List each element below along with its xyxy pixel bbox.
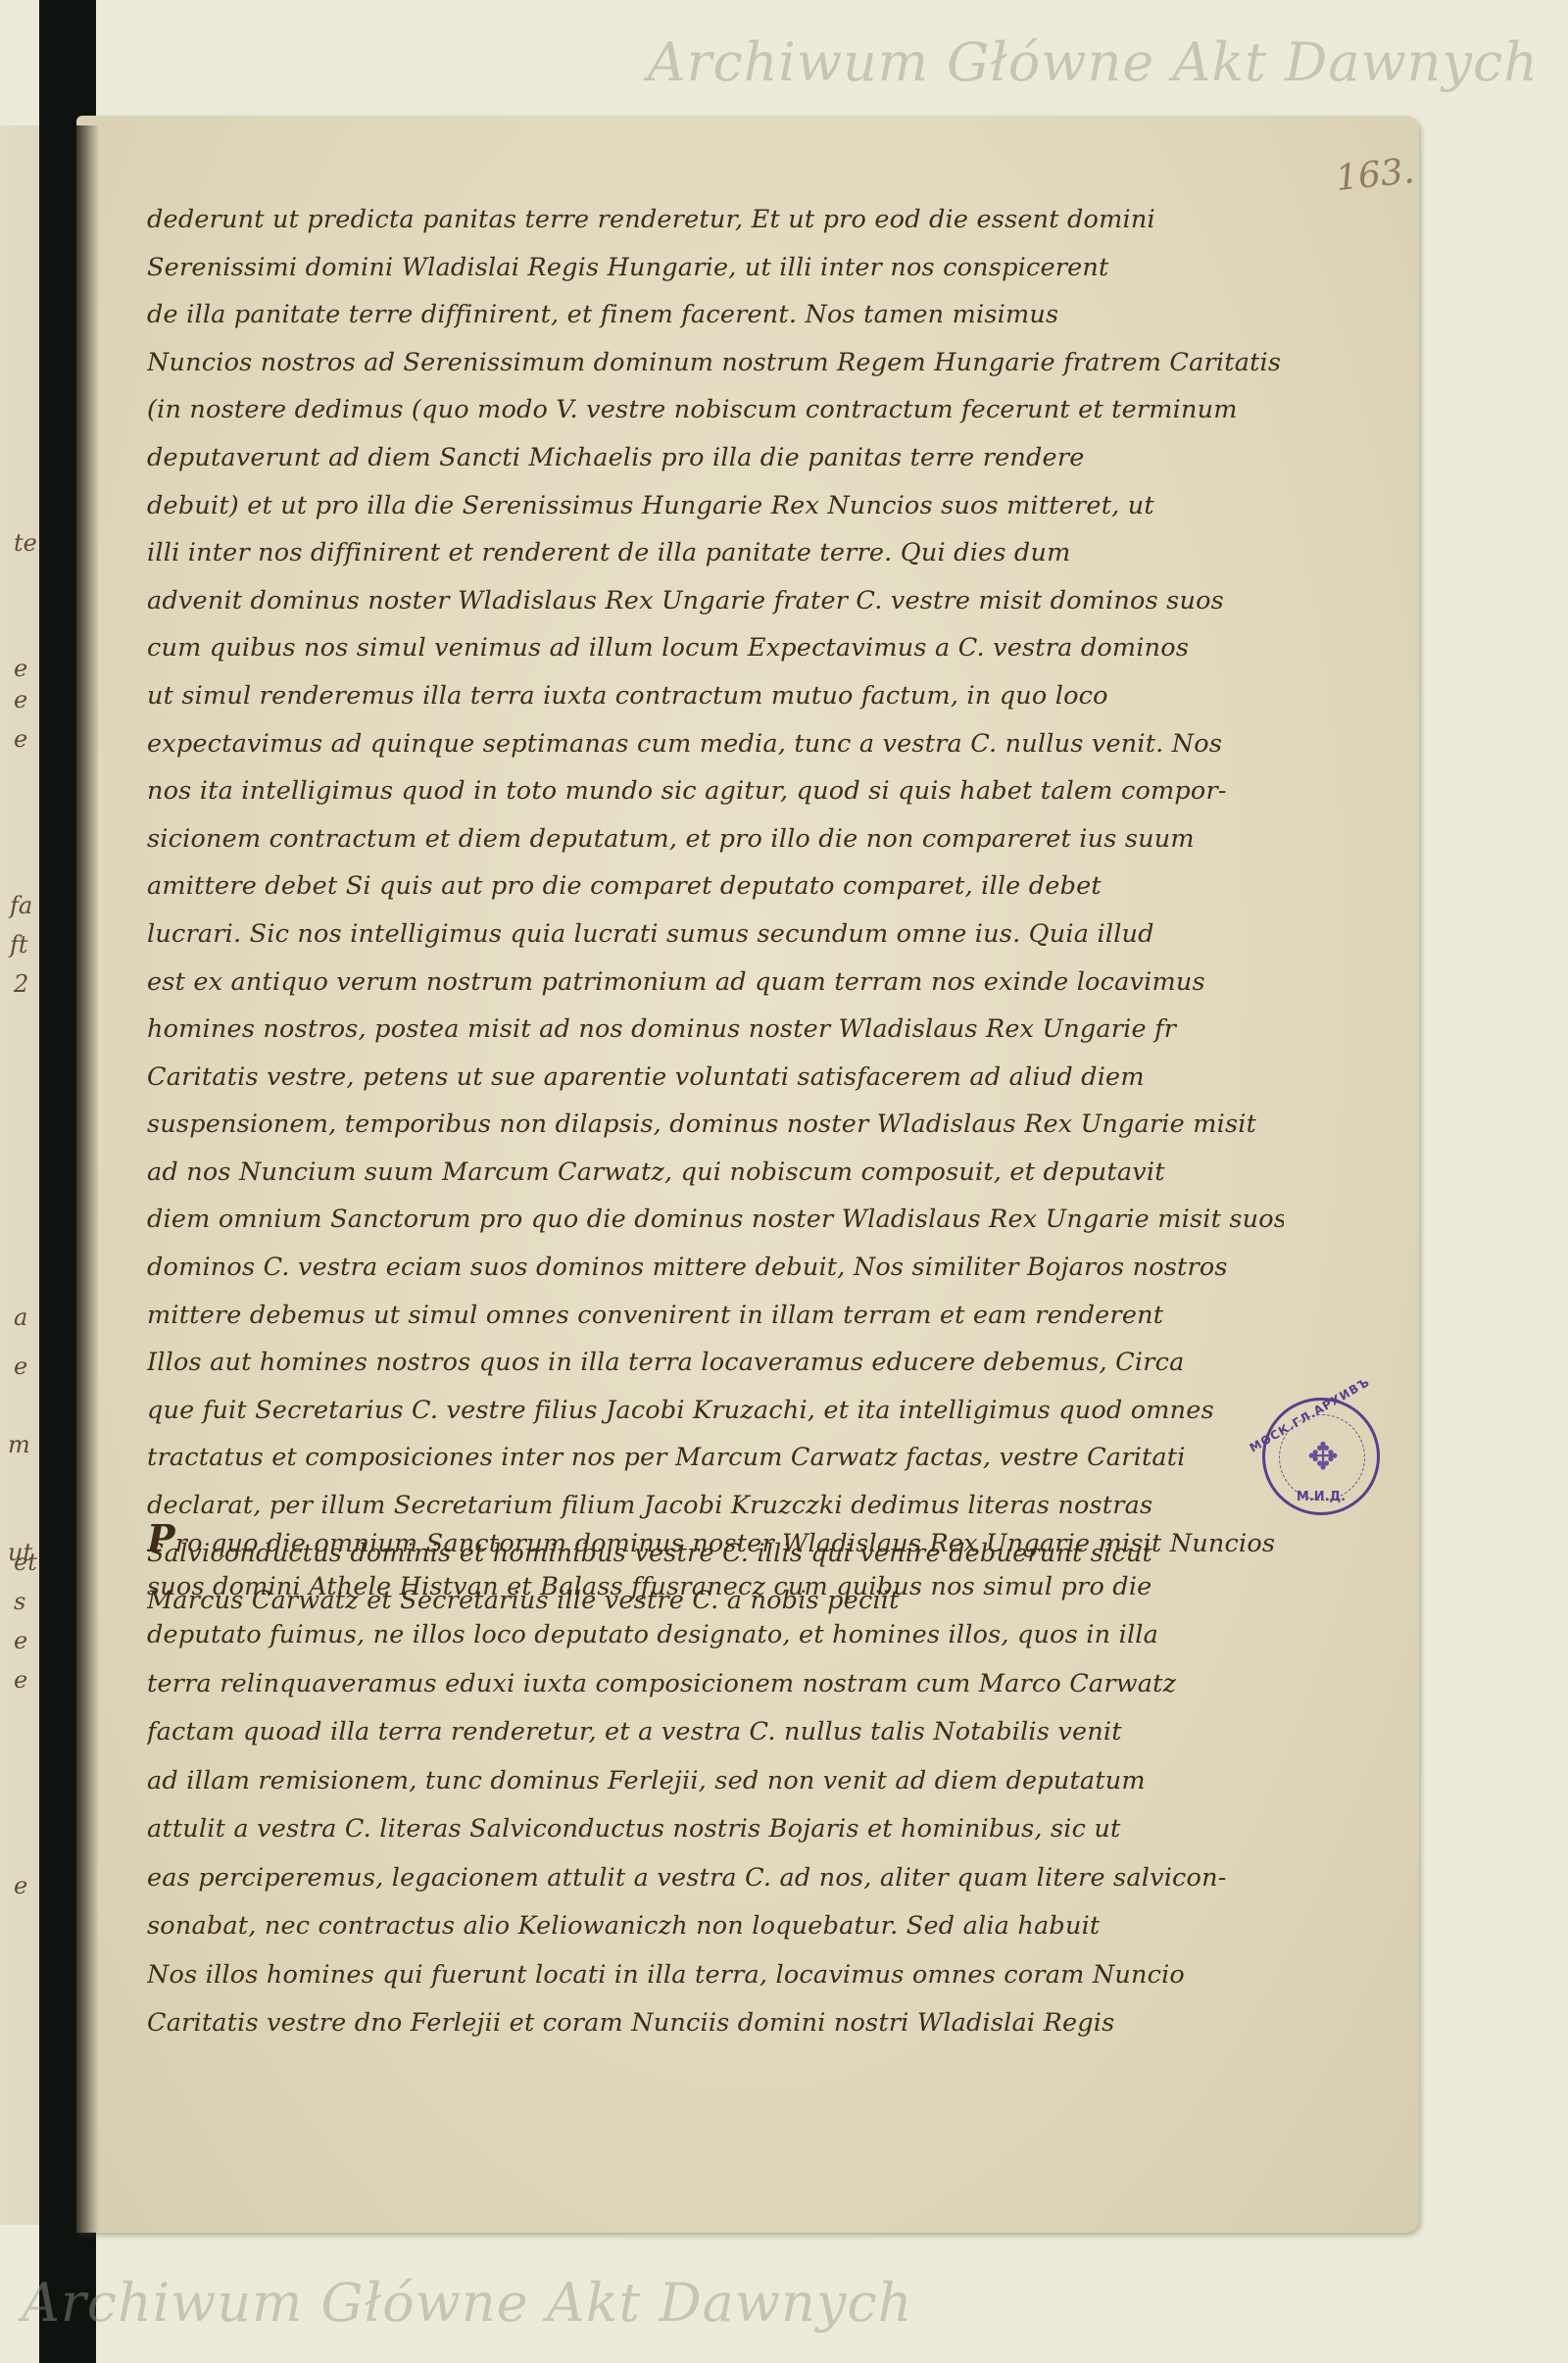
text-line: suspensionem, temporibus non dilapsis, d… xyxy=(147,1101,1284,1149)
text-line: ad illam remisionem, tunc dominus Ferlej… xyxy=(147,1757,1284,1806)
margin-fragment: s xyxy=(14,1588,25,1615)
margin-fragment: e xyxy=(14,725,27,753)
text-line: Serenissimi domini Wladislai Regis Hunga… xyxy=(147,244,1284,292)
text-line: est ex antiquo verum nostrum patrimonium… xyxy=(147,959,1284,1007)
text-line: ut simul renderemus illa terra iuxta con… xyxy=(147,672,1284,720)
text-line: mittere debemus ut simul omnes convenire… xyxy=(147,1292,1284,1340)
watermark-top: Archiwum Główne Akt Dawnych xyxy=(648,31,1539,93)
margin-fragment: m xyxy=(8,1431,30,1458)
margin-fragment: e xyxy=(14,1627,27,1654)
margin-fragment: e xyxy=(14,1353,27,1380)
text-line: Illos aut homines nostros quos in illa t… xyxy=(147,1339,1284,1387)
text-line: eas perciperemus, legacionem attulit a v… xyxy=(147,1854,1284,1903)
text-line: expectavimus ad quinque septimanas cum m… xyxy=(147,720,1284,768)
text-line: homines nostros, postea misit ad nos dom… xyxy=(147,1006,1284,1054)
text-line: advenit dominus noster Wladislaus Rex Un… xyxy=(147,577,1284,625)
archive-stamp: МОСК.ГЛ.АРХИВЪ ✥ М.И.Д. xyxy=(1262,1398,1380,1515)
text-line: Caritatis vestre dno Ferlejii et coram N… xyxy=(147,1999,1284,2048)
text-line-content: ro quo die omnium Sanctorum dominus nost… xyxy=(175,1529,1275,1558)
text-line: cum quibus nos simul venimus ad illum lo… xyxy=(147,624,1284,672)
text-line: Pro quo die omnium Sanctorum dominus nos… xyxy=(147,1514,1284,1563)
text-line: dederunt ut predicta panitas terre rende… xyxy=(147,196,1284,244)
text-line: nos ita intelligimus quod in toto mundo … xyxy=(147,767,1284,815)
text-line: ad nos Nuncium suum Marcum Carwatz, qui … xyxy=(147,1149,1284,1197)
margin-fragment: e xyxy=(14,686,27,714)
text-line: factam quoad illa terra renderetur, et a… xyxy=(147,1708,1284,1757)
stamp-bottom-text: М.И.Д. xyxy=(1265,1490,1377,1504)
text-line: Nos illos homines qui fuerunt locati in … xyxy=(147,1951,1284,2000)
text-line: (in nostere dedimus (quo modo V. vestre … xyxy=(147,386,1284,434)
margin-fragment: ft xyxy=(10,931,28,959)
margin-fragment: te xyxy=(14,529,37,557)
margin-fragment: fa xyxy=(10,892,32,919)
text-line: deputaverunt ad diem Sancti Michaelis pr… xyxy=(147,434,1284,482)
paragraph-1: dederunt ut predicta panitas terre rende… xyxy=(147,196,1284,1625)
text-line: sonabat, nec contractus alio Keliowanicz… xyxy=(147,1902,1284,1951)
margin-fragment: e xyxy=(14,1666,27,1694)
paragraph-2: Pro quo die omnium Sanctorum dominus nos… xyxy=(147,1514,1284,2048)
text-line: diem omnium Sanctorum pro quo die dominu… xyxy=(147,1196,1284,1244)
margin-fragment: 2 xyxy=(14,970,28,998)
folio-number: 163. xyxy=(1334,151,1416,199)
text-line: dominos C. vestra eciam suos dominos mit… xyxy=(147,1244,1284,1292)
watermark-bottom: Archiwum Główne Akt Dawnych xyxy=(22,2272,912,2334)
margin-fragment: et xyxy=(14,1549,37,1576)
text-line: terra relinquaveramus eduxi iuxta compos… xyxy=(147,1660,1284,1709)
text-line: tractatus et composiciones inter nos per… xyxy=(147,1434,1284,1482)
text-line: attulit a vestra C. literas Salviconduct… xyxy=(147,1805,1284,1854)
initial-capital: P xyxy=(147,1516,175,1560)
text-line: sicionem contractum et diem deputatum, e… xyxy=(147,815,1284,863)
eagle-emblem-icon: ✥ xyxy=(1300,1434,1346,1479)
text-line: amittere debet Si quis aut pro die compa… xyxy=(147,862,1284,911)
text-line: illi inter nos diffinirent et renderent … xyxy=(147,529,1284,577)
text-line: Caritatis vestre, petens ut sue aparenti… xyxy=(147,1054,1284,1102)
text-line: debuit) et ut pro illa die Serenissimus … xyxy=(147,482,1284,530)
text-line: deputato fuimus, ne illos loco deputato … xyxy=(147,1611,1284,1660)
margin-fragment: e xyxy=(14,1872,27,1899)
margin-fragment: e xyxy=(14,655,27,682)
page-gutter-shadow xyxy=(76,125,98,2233)
text-line: lucrari. Sic nos intelligimus quia lucra… xyxy=(147,911,1284,959)
text-line: Nuncios nostros ad Serenissimum dominum … xyxy=(147,339,1284,387)
text-line: de illa panitate terre diffinirent, et f… xyxy=(147,291,1284,339)
margin-fragment: a xyxy=(14,1304,27,1331)
text-line: suos domini Athele Histvan et Balass ffu… xyxy=(147,1563,1284,1612)
text-line: que fuit Secretarius C. vestre filius Ja… xyxy=(147,1387,1284,1435)
